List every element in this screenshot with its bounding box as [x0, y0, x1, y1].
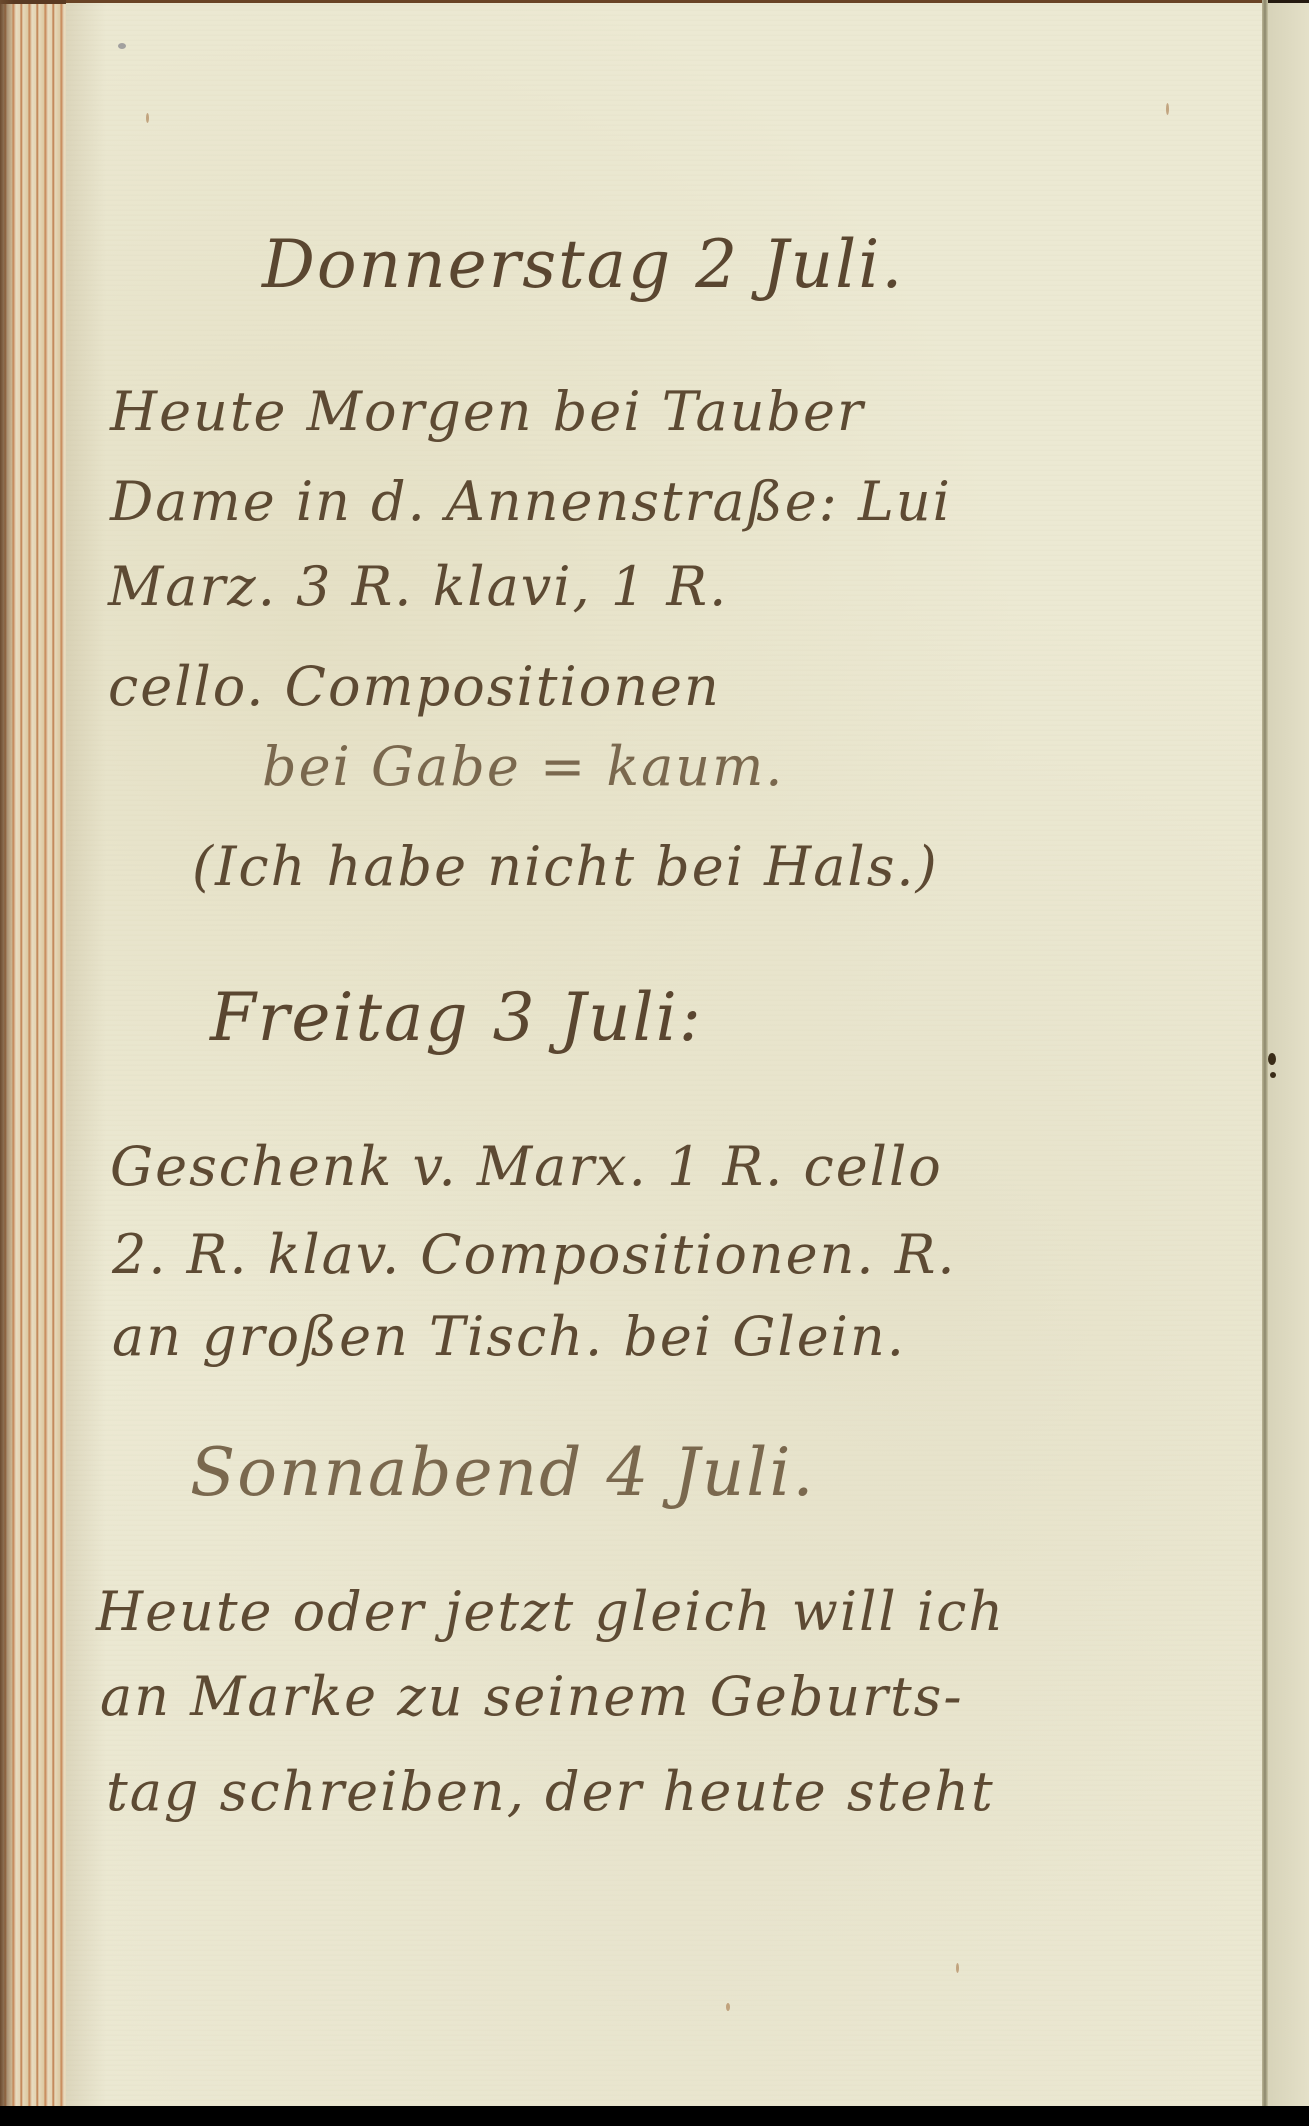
entry-3-date-heading: Sonnabend 4 Juli.: [190, 1440, 816, 1506]
manuscript-scan: Donnerstag 2 Juli. Heute Morgen bei Taub…: [0, 0, 1309, 2126]
entry-1-line-6: (Ich habe nicht bei Hals.): [192, 840, 939, 894]
entry-2-line-1: Geschenk v. Marx. 1 R. cello: [110, 1140, 943, 1194]
entry-2-line-2: 2. R. klav. Compositionen. R.: [112, 1228, 957, 1282]
paper-speck: [726, 2003, 730, 2011]
entry-2-date-heading: Freitag 3 Juli:: [210, 985, 703, 1051]
entry-1-line-5: bei Gabe = kaum.: [262, 740, 784, 794]
entry-1-line-2: Dame in d. Annenstraße: Lui: [110, 475, 952, 529]
entry-1-line-1: Heute Morgen bei Tauber: [110, 385, 865, 439]
entry-3-line-3: tag schreiben, der heute steht: [106, 1765, 995, 1819]
paper-speck: [146, 113, 149, 123]
entry-3-line-1: Heute oder jetzt gleich will ich: [96, 1585, 1005, 1639]
paper-speck: [1166, 103, 1169, 115]
paper-speck: [956, 1963, 959, 1973]
page-edge-shadow: [0, 0, 14, 2106]
entry-1-date-heading: Donnerstag 2 Juli.: [262, 232, 904, 298]
entry-1-line-3: Marz. 3 R. klavi, 1 R.: [108, 560, 728, 614]
paper-speck: [118, 43, 126, 49]
entry-1-line-4: cello. Compositionen: [108, 660, 721, 714]
scan-bottom-border: [0, 2106, 1309, 2126]
entry-3-line-2: an Marke zu seinem Geburts-: [100, 1670, 964, 1724]
binding-thread-hole: [1270, 1072, 1276, 1078]
entry-2-line-3: an großen Tisch. bei Glein.: [112, 1310, 906, 1364]
binding-thread-hole: [1268, 1053, 1276, 1065]
